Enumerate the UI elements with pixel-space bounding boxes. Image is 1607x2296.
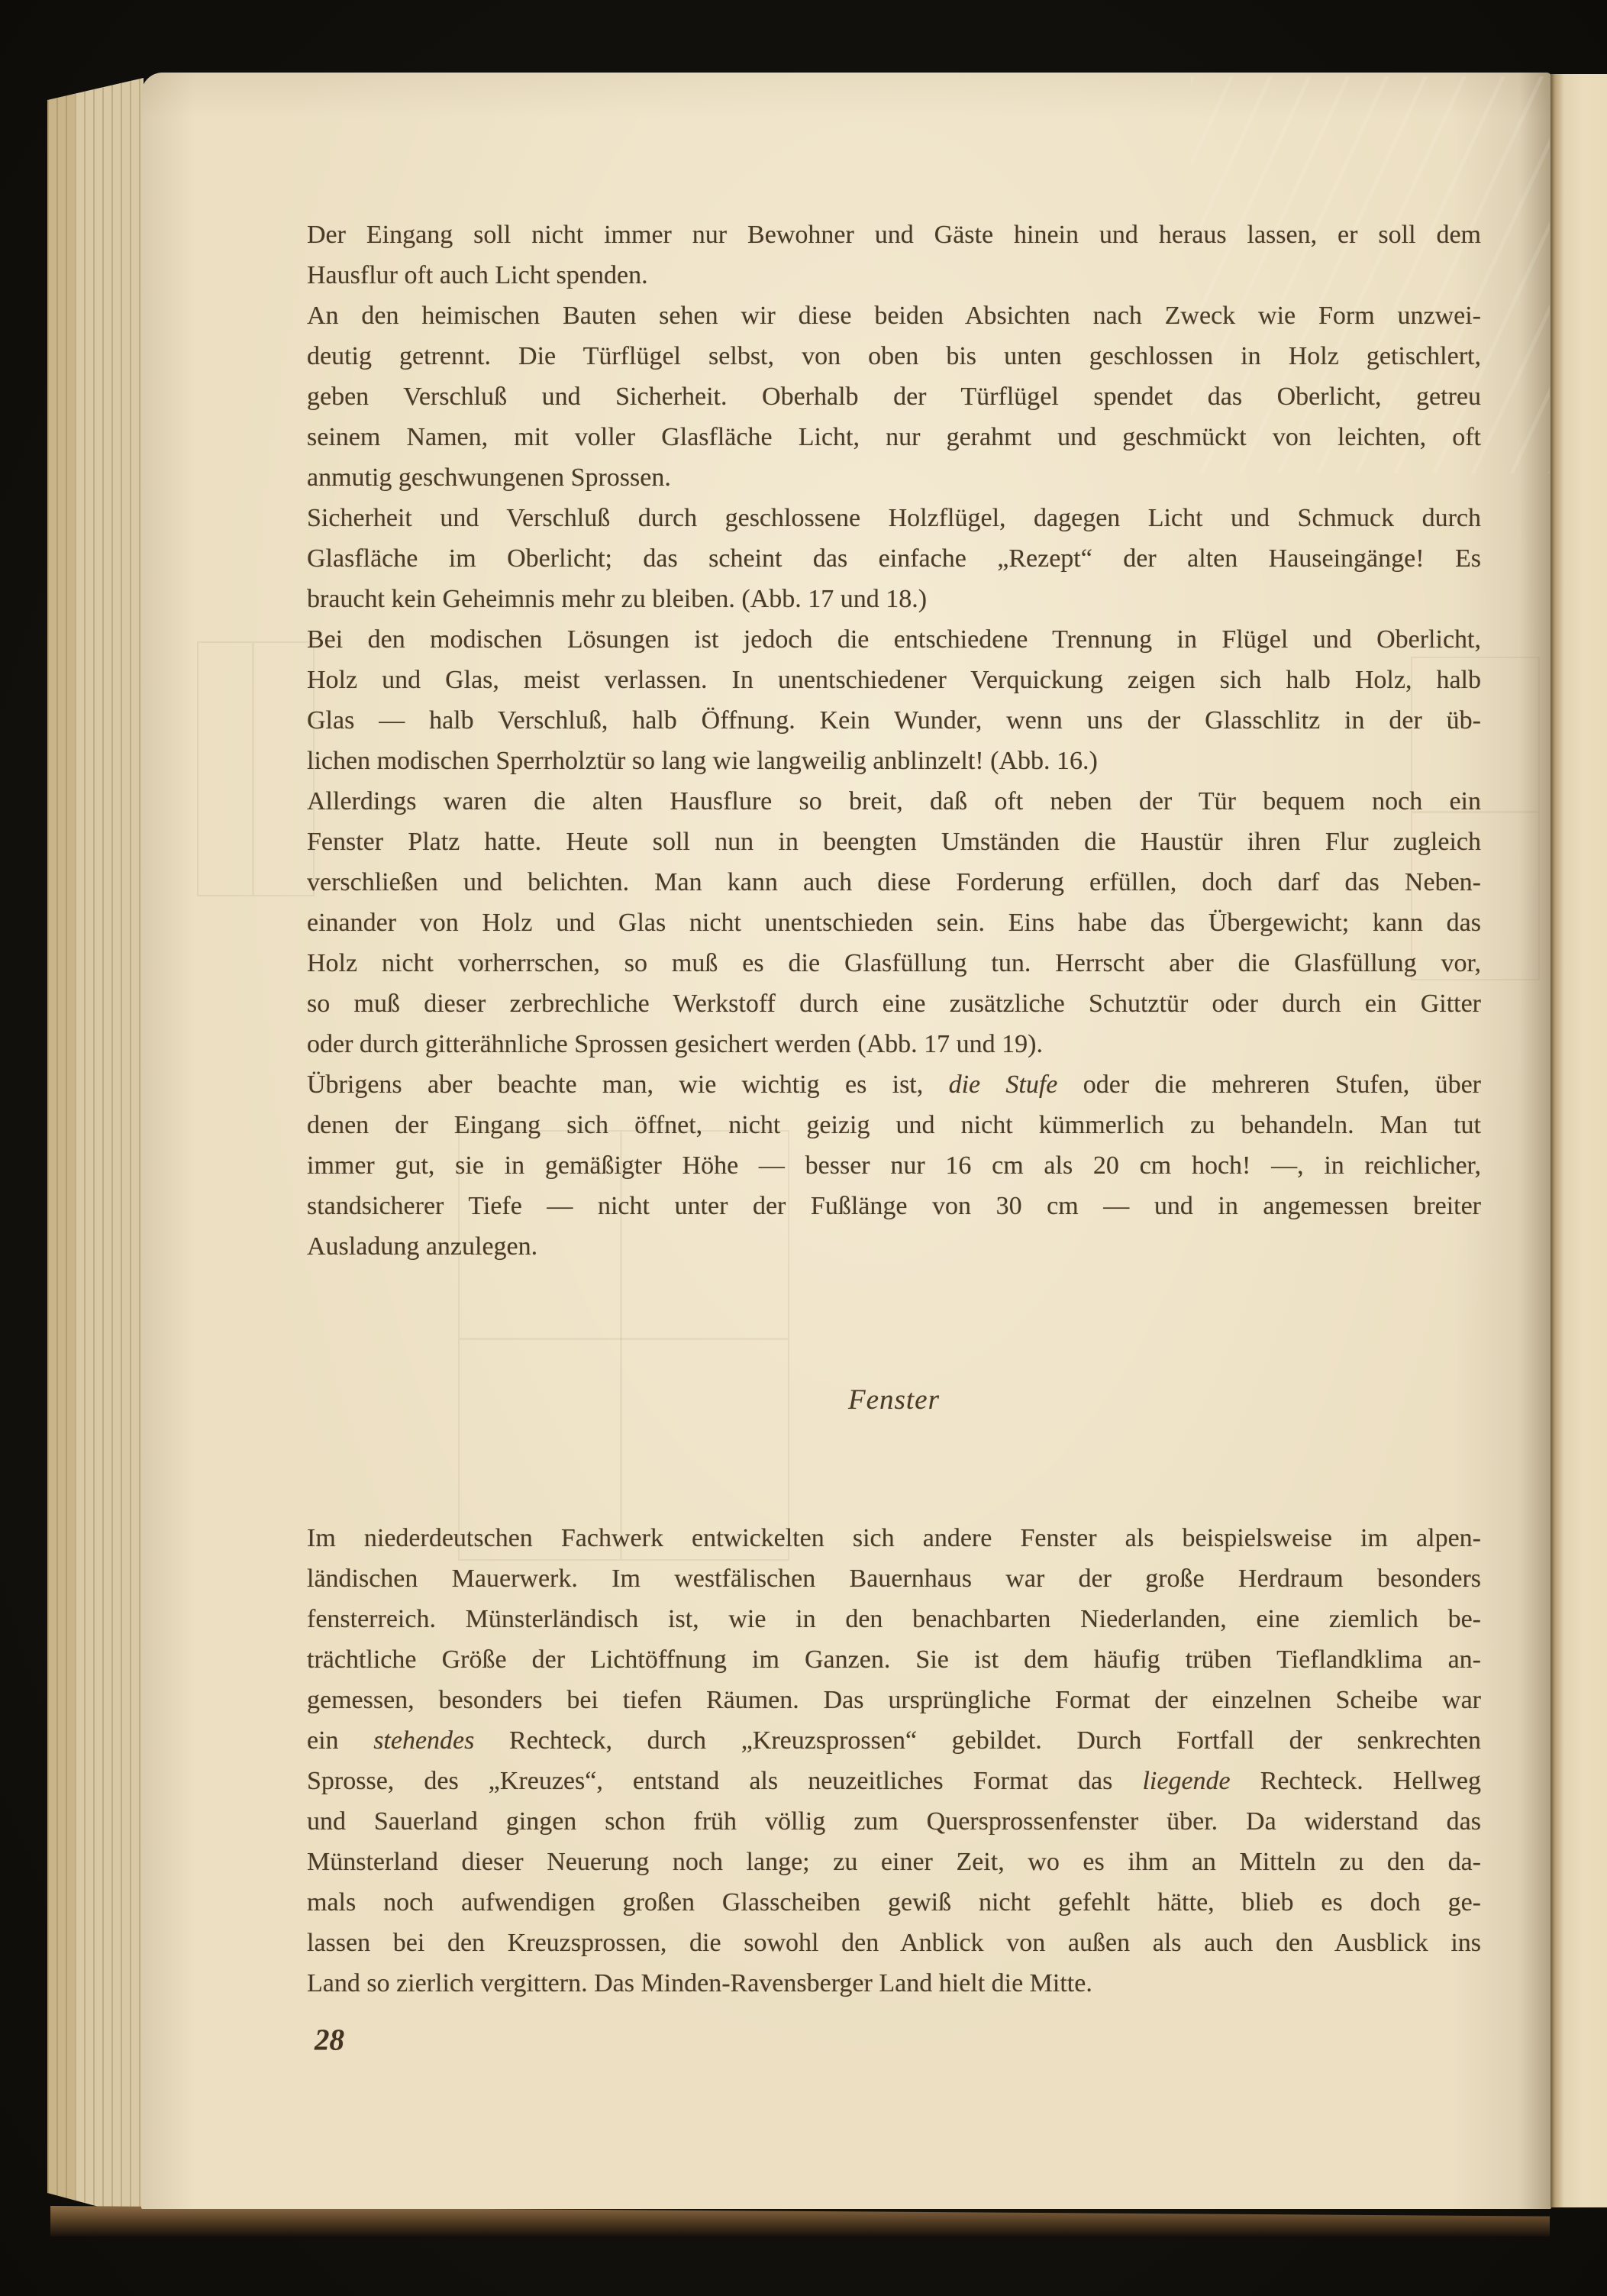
book-photo-background: Der Eingang soll nicht immer nur Bewohne… [0,0,1607,2296]
text-line: Übrigens aber beachte man, wie wichtig e… [307,1064,1481,1105]
text-line: lassen bei den Kreuzsprossen, die sowohl… [307,1923,1481,1963]
text-line: einander von Holz und Glas nicht unentsc… [307,903,1481,943]
text-line: standsicherer Tiefe — nicht unter der Fu… [307,1186,1481,1226]
page-number: 28 [315,2023,344,2057]
text-line: Bei den modischen Lösungen ist jedoch di… [307,619,1481,660]
body-text: Der Eingang soll nicht immer nur Bewohne… [307,215,1481,1267]
text-line: deutig getrennt. Die Türflügel selbst, v… [307,336,1481,376]
text-line: denen der Eingang sich öffnet, nicht gei… [307,1105,1481,1145]
body-text: Im niederdeutschen Fachwerk entwickelten… [307,1518,1481,2004]
text-line: Holz und Glas, meist verlassen. In unent… [307,660,1481,700]
text-line: Holz nicht vorherrschen, so muß es die G… [307,943,1481,983]
text-line: oder durch gitterähnliche Sprossen gesic… [307,1024,1481,1064]
text-line: Land so zierlich vergittern. Das Minden-… [307,1963,1481,2004]
text-line: geben Verschluß und Sicherheit. Oberhalb… [307,376,1481,417]
text-line: Der Eingang soll nicht immer nur Bewohne… [307,215,1481,255]
text-line: so muß dieser zerbrechliche Werkstoff du… [307,983,1481,1024]
text-line: seinem Namen, mit voller Glasfläche Lich… [307,417,1481,457]
text-line: immer gut, sie in gemäßigter Höhe — bess… [307,1145,1481,1186]
text-line: fensterreich. Münsterländisch ist, wie i… [307,1599,1481,1639]
text-line: Hausflur oft auch Licht spenden. [307,255,1481,295]
facing-page-edge [1551,74,1607,2207]
text-line: lichen modischen Sperrholztür so lang wi… [307,741,1481,781]
fore-edge-page-stack [47,76,144,2222]
section-heading: Fenster [307,1384,1481,1416]
text-line: mals noch aufwendigen großen Glasscheibe… [307,1882,1481,1923]
text-line: Sicherheit und Verschluß durch geschloss… [307,498,1481,538]
text-line: Glasfläche im Oberlicht; das scheint das… [307,538,1481,579]
text-line: Allerdings waren die alten Hausflure so … [307,781,1481,822]
text-line: Ausladung anzulegen. [307,1226,1481,1267]
text-line: und Sauerland gingen schon früh völlig z… [307,1801,1481,1842]
text-line: Im niederdeutschen Fachwerk entwickelten… [307,1518,1481,1558]
text-line: verschließen und belichten. Man kann auc… [307,862,1481,903]
text-line: ländischen Mauerwerk. Im westfälischen B… [307,1558,1481,1599]
text-line: gemessen, besonders bei tiefen Räumen. D… [307,1680,1481,1720]
text-line: Sprosse, des „Kreuzes“, entstand als neu… [307,1761,1481,1801]
text-line: trächtliche Größe der Lichtöffnung im Ga… [307,1639,1481,1680]
text-line: ein stehendes Rechteck, durch „Kreuzspro… [307,1720,1481,1761]
text-line: Fenster Platz hatte. Heute soll nun in b… [307,822,1481,862]
text-line: Glas — halb Verschluß, halb Öffnung. Kei… [307,700,1481,741]
text-line: Münsterland dieser Neuerung noch lange; … [307,1842,1481,1882]
bottom-block-edge [50,2206,1550,2236]
text-line: braucht kein Geheimnis mehr zu bleiben. … [307,579,1481,619]
text-line: anmutig geschwungenen Sprossen. [307,457,1481,498]
bleed-through-ghost [197,641,315,896]
text-line: An den heimischen Bauten sehen wir diese… [307,295,1481,336]
